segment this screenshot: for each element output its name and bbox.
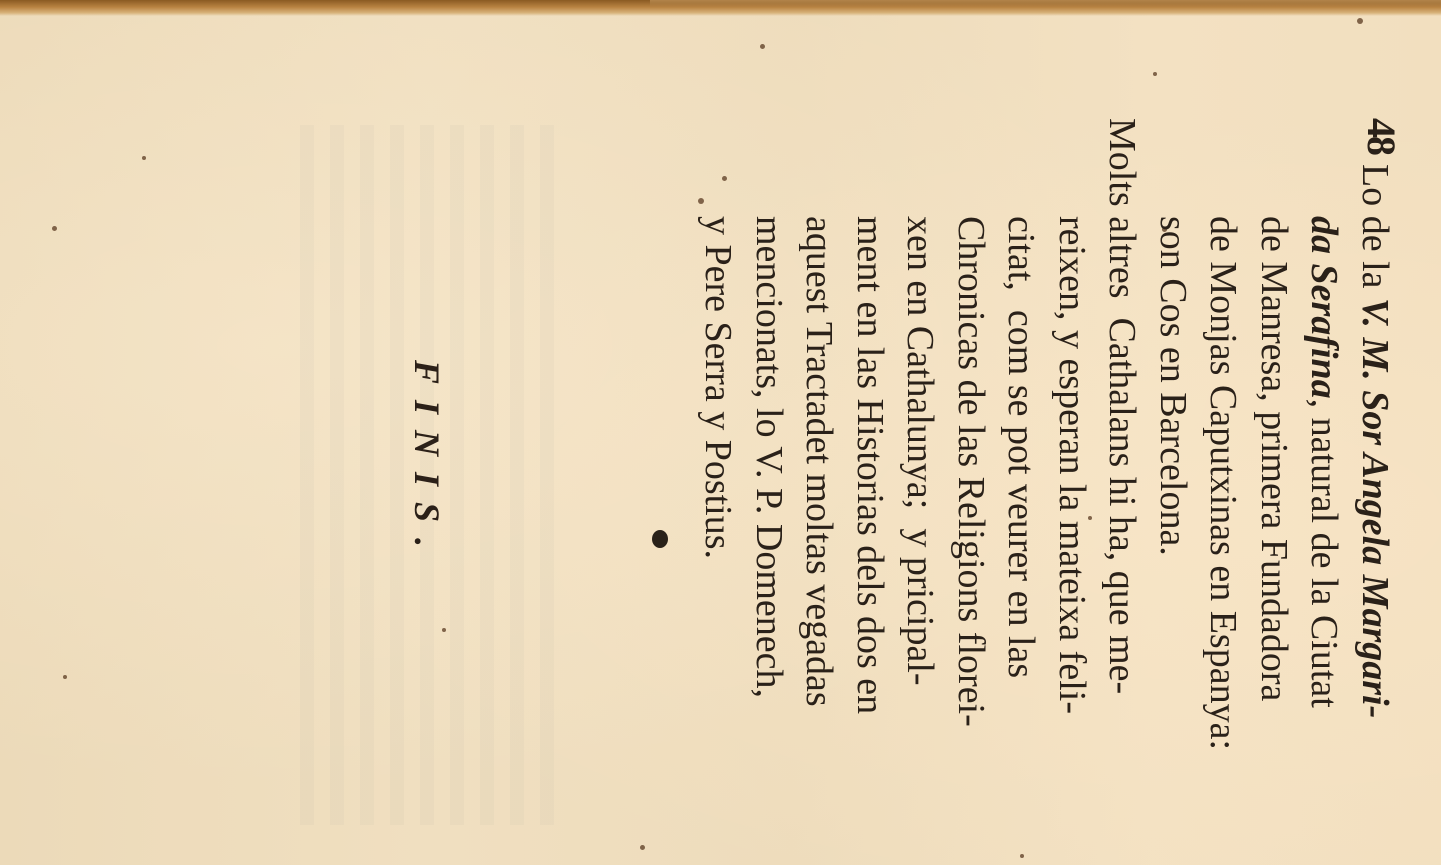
text-line: da Serafina, natural de la Ciutat xyxy=(1299,164,1350,858)
foxing-spot xyxy=(442,628,446,632)
text-lines: Lo de la V. M. Sor Angela Margari- da Se… xyxy=(693,118,1400,858)
ink-blot xyxy=(652,530,668,548)
text-line: xen en Cathalunya; y pricipal- xyxy=(895,164,946,858)
text-span: y Pere Serra y Postius. xyxy=(698,216,740,559)
text-span: xen en Cathalunya; y pricipal- xyxy=(900,216,942,686)
text-line: aquest Tractadet moltas vegadas xyxy=(794,164,845,858)
finis-closing: FINIS. xyxy=(406,360,448,563)
text-line: mencionats, lo V. P. Domenech, xyxy=(744,164,795,858)
text-line: Molts altres Cathalans hi ha, que me- xyxy=(1097,118,1148,858)
text-line: y Pere Serra y Postius. xyxy=(693,164,744,858)
foxing-spot xyxy=(52,226,57,231)
text-span-italic: da Serafina xyxy=(1304,216,1346,399)
text-span: aquest Tractadet moltas vegadas xyxy=(799,216,841,707)
text-span: ment en las Historias dels dos en xyxy=(849,216,891,714)
paragraph-start: Molts altres Cathalans hi ha, que me- xyxy=(1102,118,1144,694)
text-line: son Cos en Barcelona. xyxy=(1148,164,1199,858)
foxing-spot xyxy=(63,675,67,679)
page-text-block: 48 Lo de la V. M. Sor Angela Margari- da… xyxy=(693,118,1400,858)
text-span: de Manresa, primera Fundadora xyxy=(1253,216,1295,701)
foxing-spot xyxy=(142,156,146,160)
foxing-spot xyxy=(640,845,645,850)
page-top-edge-shadow xyxy=(650,0,1441,8)
text-span-italic: V. M. Sor Angela Margari- xyxy=(1354,298,1396,718)
text-line: Lo de la V. M. Sor Angela Margari- xyxy=(1350,164,1401,858)
foxing-spot xyxy=(1357,18,1363,24)
foxing-spot xyxy=(1153,72,1157,76)
text-span: son Cos en Barcelona. xyxy=(1152,216,1194,556)
text-line: citat, com se pot veurer en las xyxy=(996,164,1047,858)
text-line: ment en las Historias dels dos en xyxy=(845,164,896,858)
text-line: reixen, y esperan la mateixa feli- xyxy=(1047,164,1098,858)
text-span: reixen, y esperan la mateixa feli- xyxy=(1051,216,1093,714)
text-span: mencionats, lo V. P. Domenech, xyxy=(748,216,790,698)
text-line: Chronicas de las Religions florei- xyxy=(946,164,997,858)
foxing-spot xyxy=(760,44,765,49)
text-line: de Manresa, primera Fundadora xyxy=(1249,164,1300,858)
text-span: de Monjas Caputxinas en Espanya: xyxy=(1203,216,1245,750)
text-span: Chronicas de las Religions florei- xyxy=(950,216,992,727)
page-number: 48 xyxy=(1356,118,1407,154)
text-span: , natural de la Ciutat xyxy=(1304,399,1346,708)
text-span: Lo de la xyxy=(1354,164,1396,298)
text-span: citat, com se pot veurer en las xyxy=(1001,216,1043,678)
text-line: de Monjas Caputxinas en Espanya: xyxy=(1198,164,1249,858)
